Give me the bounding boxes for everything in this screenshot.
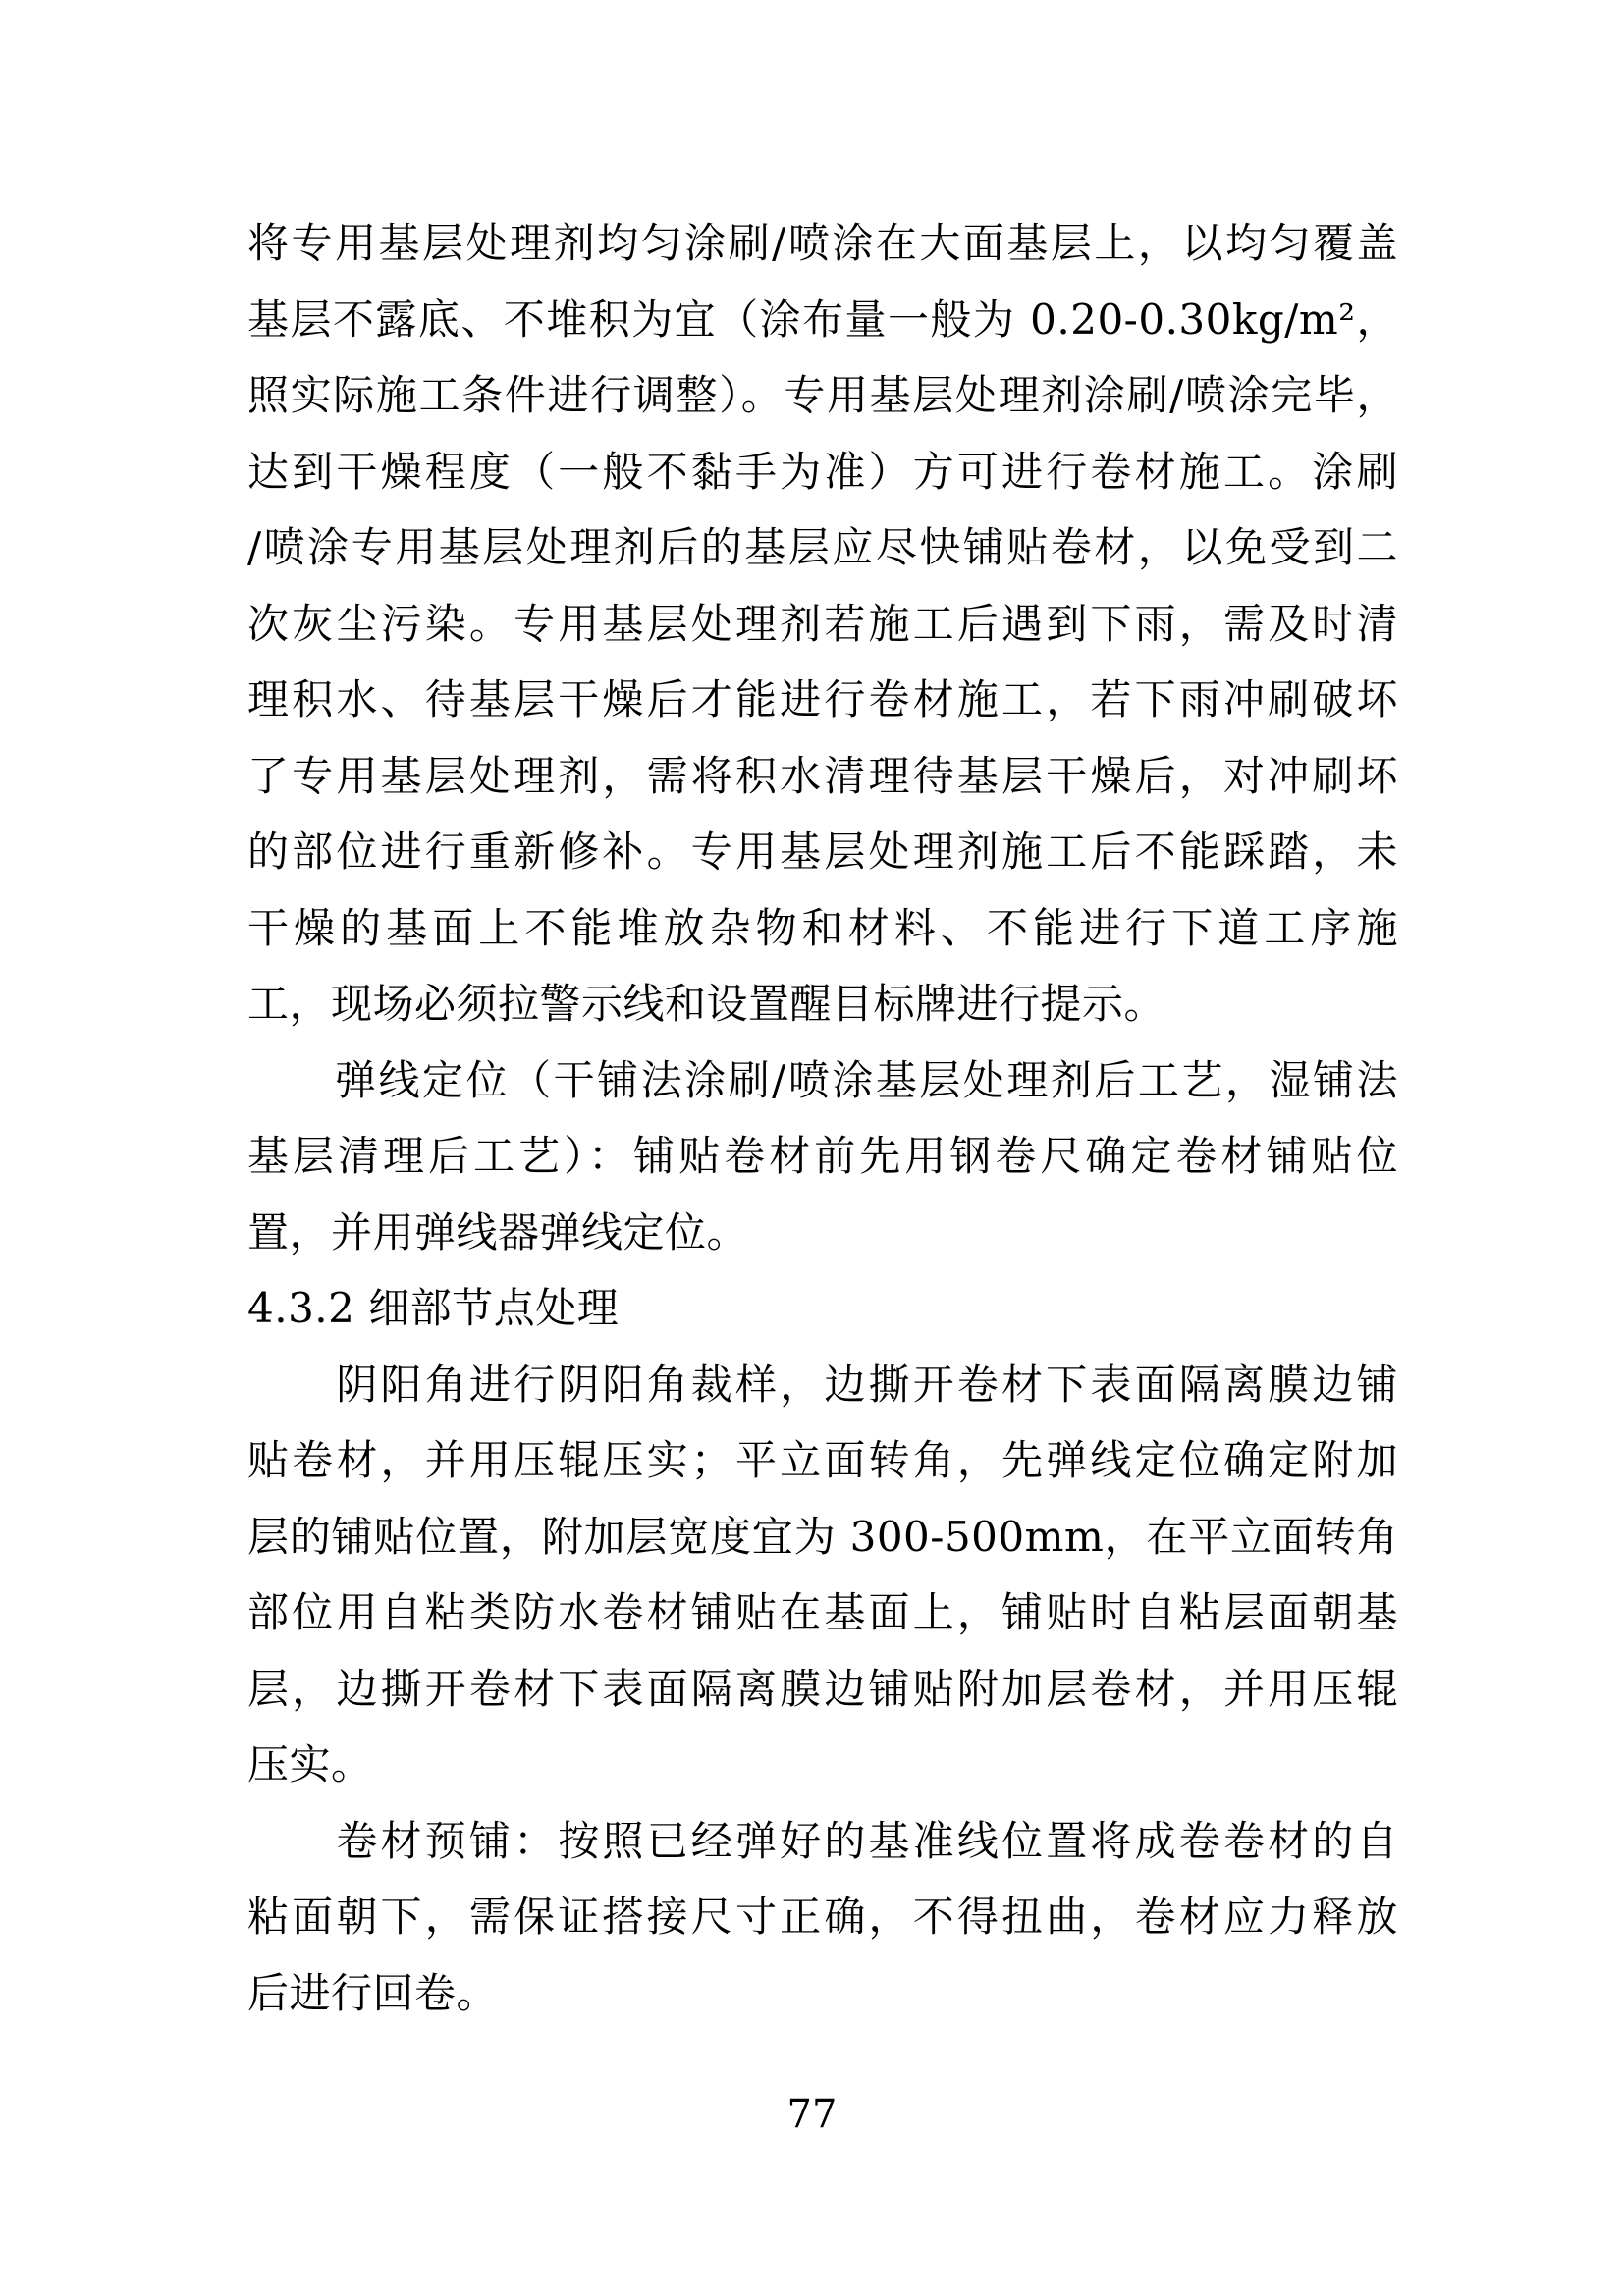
text-line: 卷材预铺：按照已经弹好的基准线位置将成卷卷材的自 — [247, 1803, 1398, 1880]
text-line: 的部位进行重新修补。专用基层处理剂施工后不能踩踏，未 — [247, 814, 1398, 890]
text-line: 弹线定位（干铺法涂刷/喷涂基层处理剂后工艺，湿铺法 — [247, 1042, 1398, 1119]
document-text-block: 将专用基层处理剂均匀涂刷/喷涂在大面基层上，以均匀覆盖基层不露底、不堆积为宜（涂… — [247, 205, 1398, 2031]
text-line: 粘面朝下，需保证搭接尺寸正确，不得扭曲，卷材应力释放 — [247, 1879, 1398, 1955]
page-number: 77 — [787, 2092, 838, 2137]
text-line: 部位用自粘类防水卷材铺贴在基面上，铺贴时自粘层面朝基 — [247, 1575, 1398, 1651]
text-line: /喷涂专用基层处理剂后的基层应尽快铺贴卷材，以免受到二 — [247, 509, 1398, 586]
paragraph-chalk-line-positioning: 弹线定位（干铺法涂刷/喷涂基层处理剂后工艺，湿铺法基层清理后工艺）：铺贴卷材前先… — [247, 1042, 1398, 1271]
text-line: 理积水、待基层干燥后才能进行卷材施工，若下雨冲刷破坏 — [247, 662, 1398, 738]
text-line: 照实际施工条件进行调整）。专用基层处理剂涂刷/喷涂完毕， — [247, 357, 1398, 434]
text-line: 工，现场必须拉警示线和设置醒目标牌进行提示。 — [247, 966, 1398, 1042]
text-line: 阴阳角进行阴阳角裁样，边撕开卷材下表面隔离膜边铺 — [247, 1347, 1398, 1423]
paragraph-corner-detailing: 阴阳角进行阴阳角裁样，边撕开卷材下表面隔离膜边铺贴卷材，并用压辊压实；平立面转角… — [247, 1347, 1398, 1803]
text-line: 次灰尘污染。专用基层处理剂若施工后遇到下雨，需及时清 — [247, 586, 1398, 663]
text-line: 压实。 — [247, 1727, 1398, 1803]
text-line: 基层不露底、不堆积为宜（涂布量一般为 0.20-0.30kg/m²，按 — [247, 282, 1398, 358]
heading-4-3-2-detail-node-treatment: 4.3.2 细部节点处理 — [247, 1270, 1398, 1347]
paragraph-primer-application: 将专用基层处理剂均匀涂刷/喷涂在大面基层上，以均匀覆盖基层不露底、不堆积为宜（涂… — [247, 205, 1398, 1042]
paragraph-membrane-pre-laying: 卷材预铺：按照已经弹好的基准线位置将成卷卷材的自粘面朝下，需保证搭接尺寸正确，不… — [247, 1803, 1398, 2032]
text-line: 了专用基层处理剂，需将积水清理待基层干燥后，对冲刷坏 — [247, 738, 1398, 815]
text-line: 后进行回卷。 — [247, 1955, 1398, 2032]
text-line: 层的铺贴位置，附加层宽度宜为 300-500mm，在平立面转角 — [247, 1499, 1398, 1575]
text-line: 干燥的基面上不能堆放杂物和材料、不能进行下道工序施 — [247, 890, 1398, 967]
text-line: 将专用基层处理剂均匀涂刷/喷涂在大面基层上，以均匀覆盖 — [247, 205, 1398, 282]
text-line: 贴卷材，并用压辊压实；平立面转角，先弹线定位确定附加 — [247, 1422, 1398, 1499]
document-page: 将专用基层处理剂均匀涂刷/喷涂在大面基层上，以均匀覆盖基层不露底、不堆积为宜（涂… — [0, 0, 1624, 2296]
text-line: 置，并用弹线器弹线定位。 — [247, 1195, 1398, 1271]
text-line: 层，边撕开卷材下表面隔离膜边铺贴附加层卷材，并用压辊 — [247, 1651, 1398, 1728]
heading-line: 4.3.2 细部节点处理 — [247, 1270, 1398, 1347]
page-footer: 77 — [0, 2093, 1624, 2136]
text-line: 达到干燥程度（一般不黏手为准）方可进行卷材施工。涂刷 — [247, 434, 1398, 510]
text-line: 基层清理后工艺）：铺贴卷材前先用钢卷尺确定卷材铺贴位 — [247, 1118, 1398, 1195]
